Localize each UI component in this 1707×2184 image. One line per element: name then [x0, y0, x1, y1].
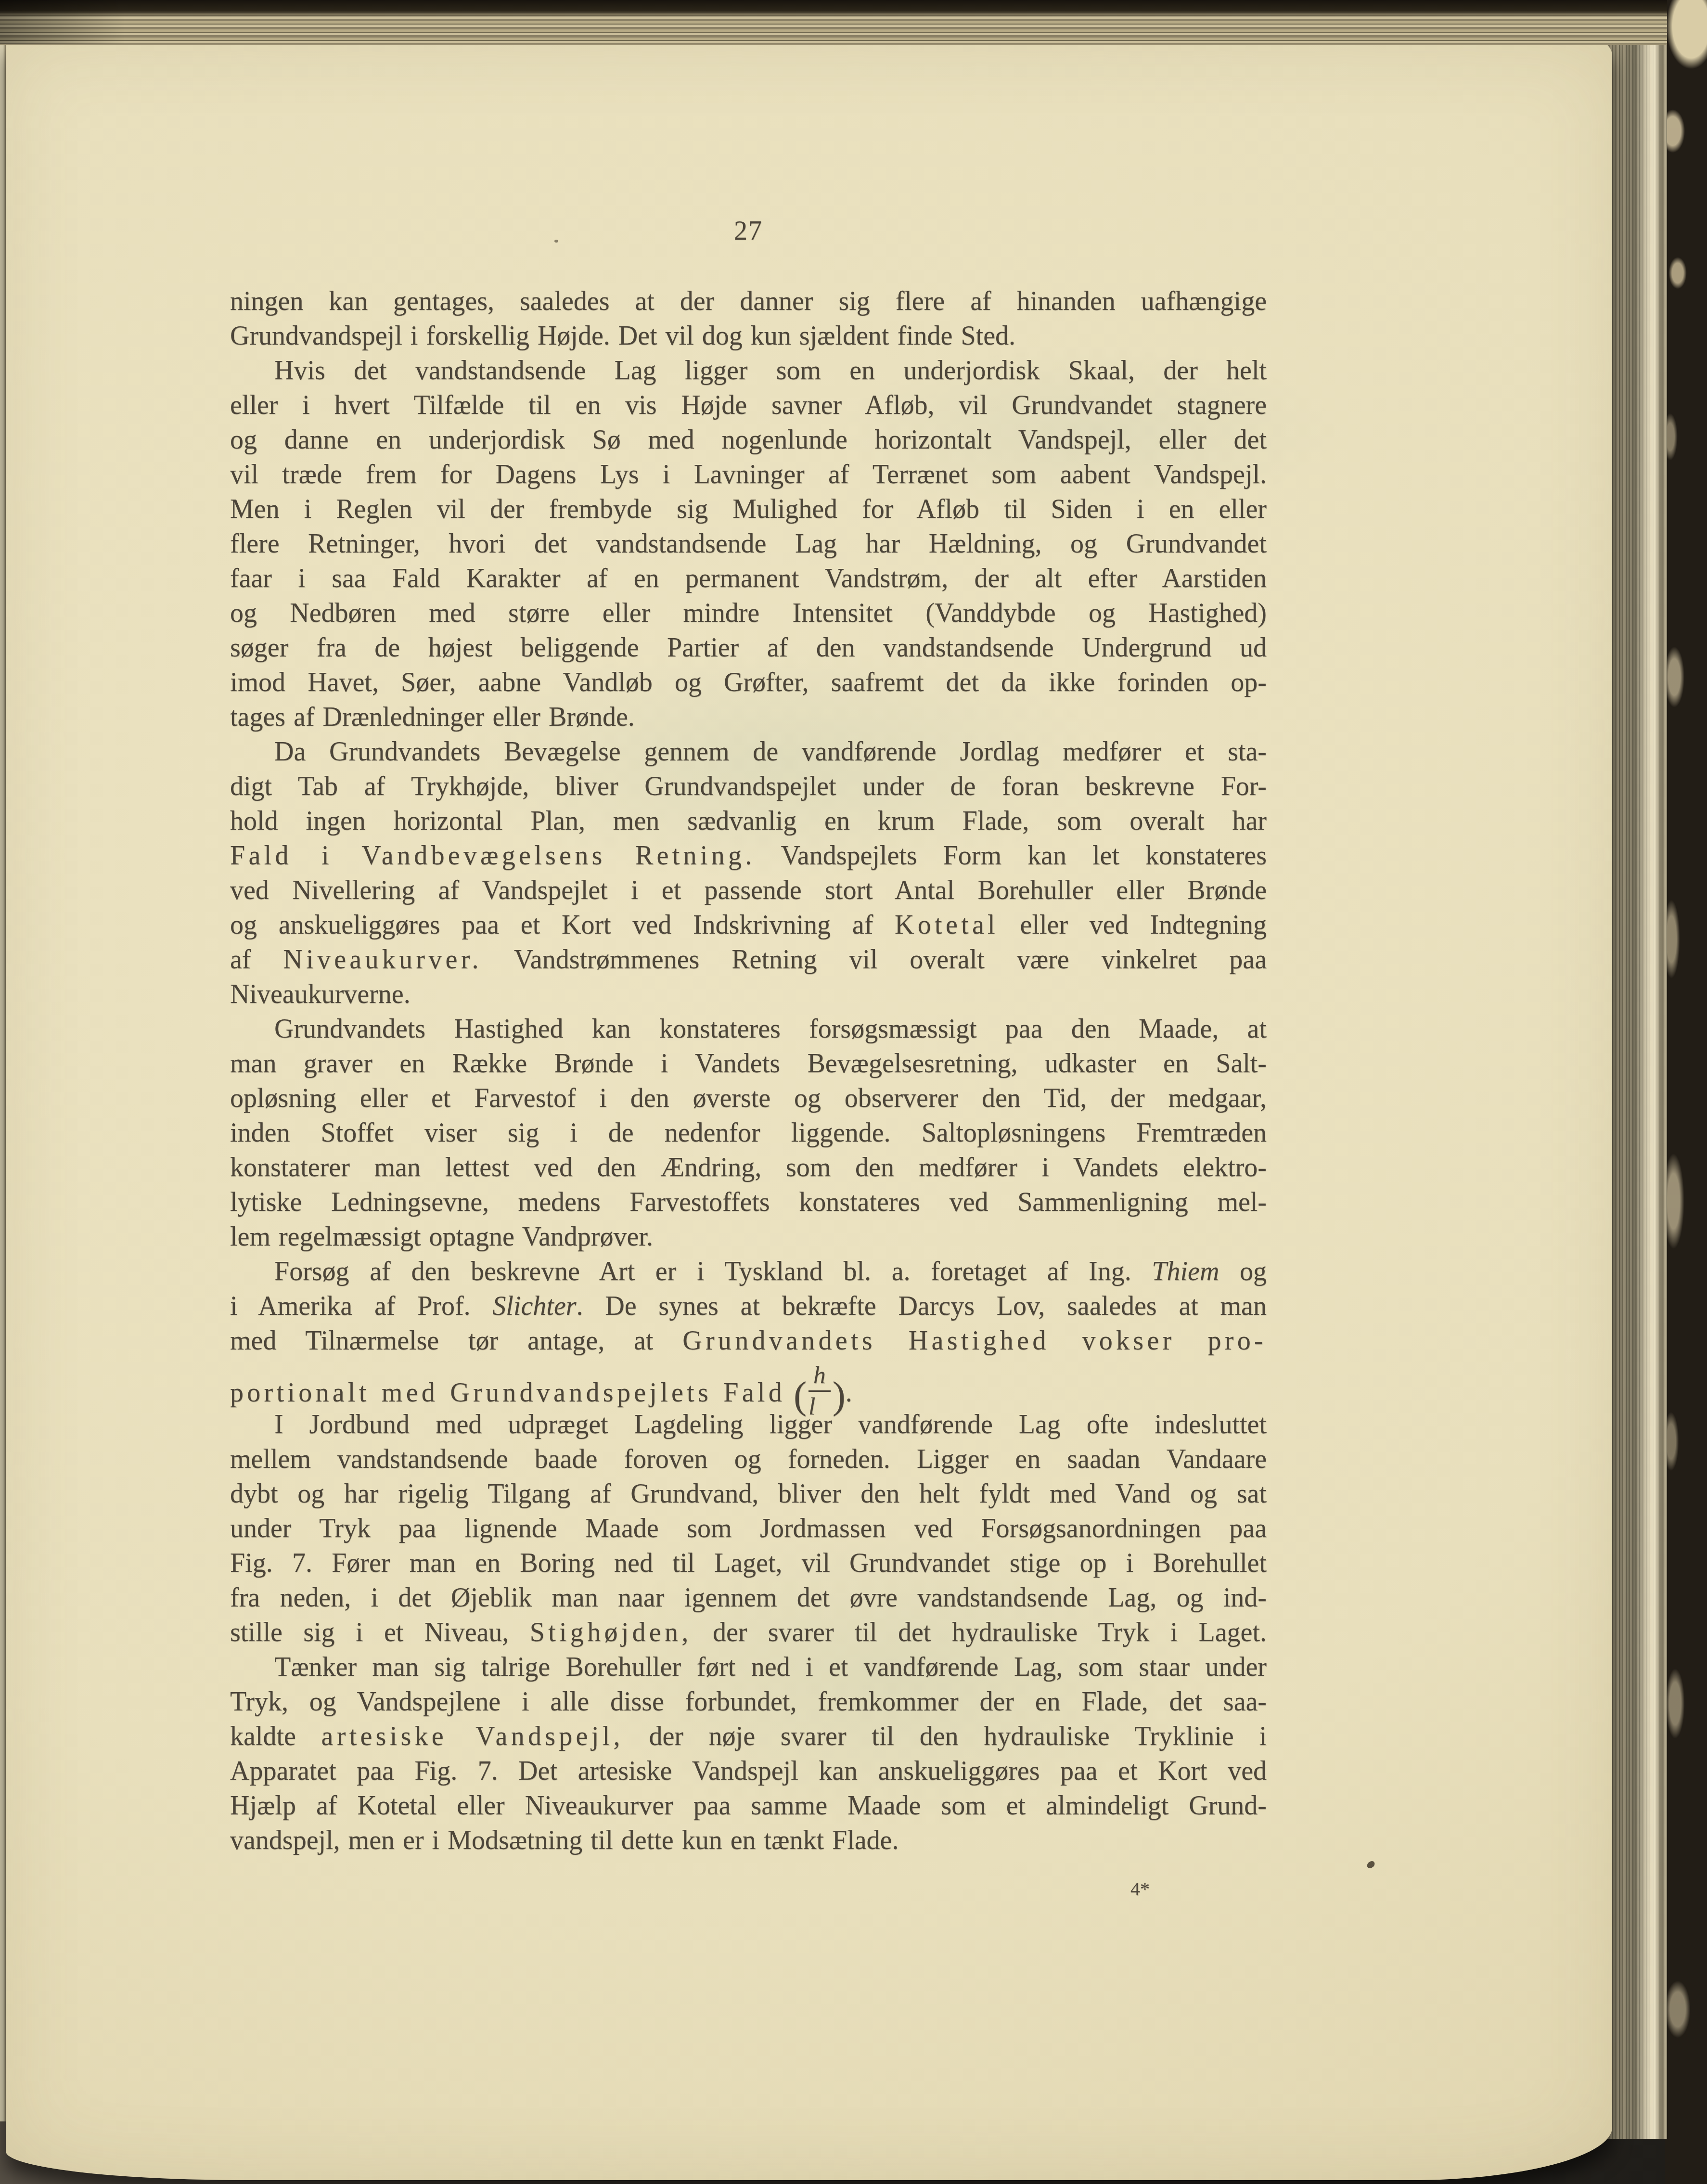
text-line: Tænker man sig talrige Borehuller ført n… [230, 1650, 1267, 1684]
text-line: lytiske Ledningsevne, medens Farvestoffe… [230, 1185, 1267, 1220]
text-line: opløsning eller et Farvestof i den øvers… [230, 1081, 1267, 1116]
text-line: eller i hvert Tilfælde til en vis Højde … [230, 388, 1267, 423]
text-line: Forsøg af den beskrevne Art er i Tysklan… [230, 1254, 1267, 1289]
text-line: digt Tab af Trykhøjde, bliver Grundvands… [230, 769, 1267, 804]
text-line: Hjælp af Kotetal eller Niveaukurver paa … [230, 1788, 1267, 1823]
text-line: vil træde frem for Dagens Lys i Lavninge… [230, 457, 1267, 492]
text-line: i Amerika af Prof. Slichter. De synes at… [230, 1289, 1267, 1323]
text-line: fra neden, i det Øjeblik man naar igenne… [230, 1580, 1267, 1615]
text-line: Niveaukurverne. [230, 977, 1267, 1012]
text-line: Grundvandspejl i forskellig Højde. Det v… [230, 319, 1267, 353]
text-line: flere Retninger, hvori det vandstandsend… [230, 527, 1267, 561]
text-line: konstaterer man lettest ved den Ændring,… [230, 1150, 1267, 1185]
text-line: imod Havet, Søer, aabne Vandløb og Grøft… [230, 665, 1267, 700]
text-line: Hvis det vandstandsende Lag ligger som e… [230, 353, 1267, 388]
text-line: Tryk, og Vandspejlene i alle disse forbu… [230, 1684, 1267, 1719]
text-line: Apparatet paa Fig. 7. Det artesiske Vand… [230, 1754, 1267, 1788]
text-line: vandspejl, men er i Modsætning til dette… [230, 1823, 1267, 1858]
text-line: faar i saa Fald Karakter af en permanent… [230, 561, 1267, 596]
text-line: med Tilnærmelse tør antage, at Grundvand… [230, 1323, 1267, 1358]
signature-mark: 4* [230, 1879, 1267, 1899]
text-line: kaldte artesiske Vandspejl, der nøje sva… [230, 1719, 1267, 1754]
text-line: hold ingen horizontal Plan, men sædvanli… [230, 804, 1267, 838]
text-line: Da Grundvandets Bevægelse gennem de vand… [230, 734, 1267, 769]
text-line: Grundvandets Hastighed kan konstateres f… [230, 1012, 1267, 1046]
text-line: dybt og har rigelig Tilgang af Grundvand… [230, 1477, 1267, 1511]
text-line: inden Stoffet viser sig i de nedenfor li… [230, 1116, 1267, 1150]
text-line: tages af Drænledninger eller Brønde. [230, 700, 1267, 734]
text-line: man graver en Række Brønde i Vandets Bev… [230, 1046, 1267, 1081]
text-line: stille sig i et Niveau, Stighøjden, der … [230, 1615, 1267, 1650]
body-text: ningen kan gentages, saaledes at der dan… [230, 284, 1267, 1858]
text-line: portionalt med Grundvandspejlets Fald (h… [230, 1363, 1267, 1398]
book-cover-edge [1665, 0, 1707, 2184]
text-line: søger fra de højest beliggende Partier a… [230, 630, 1267, 665]
text-line: af Niveaukurver. Vandstrømmenes Retning … [230, 942, 1267, 977]
book-scan: 27 ningen kan gentages, saaledes at der … [0, 0, 1707, 2184]
text-line: Fald i Vandbevægelsens Retning. Vandspej… [230, 838, 1267, 873]
text-line: I Jordbund med udpræget Lagdeling ligger… [230, 1407, 1267, 1442]
page-fore-edge [1606, 31, 1667, 2139]
book-top-edge [0, 0, 1667, 45]
text-line: ningen kan gentages, saaledes at der dan… [230, 284, 1267, 319]
text-line: ved Nivellering af Vandspejlet i et pass… [230, 873, 1267, 908]
text-line: Men i Reglen vil der frembyde sig Muligh… [230, 492, 1267, 527]
text-line: Fig. 7. Fører man en Boring ned til Lage… [230, 1546, 1267, 1580]
text-line: mellem vandstandsende baade foroven og f… [230, 1442, 1267, 1477]
text-line: under Tryk paa lignende Maade som Jordma… [230, 1511, 1267, 1546]
page-number: 27 [230, 214, 1267, 248]
text-line: lem regelmæssigt optagne Vandprøver. [230, 1220, 1267, 1254]
text-line: og danne en underjordisk Sø med nogenlun… [230, 423, 1267, 457]
text-block: 27 ningen kan gentages, saaledes at der … [230, 214, 1267, 1899]
text-line: og anskueliggøres paa et Kort ved Indskr… [230, 908, 1267, 942]
text-line: og Nedbøren med større eller mindre Inte… [230, 596, 1267, 630]
